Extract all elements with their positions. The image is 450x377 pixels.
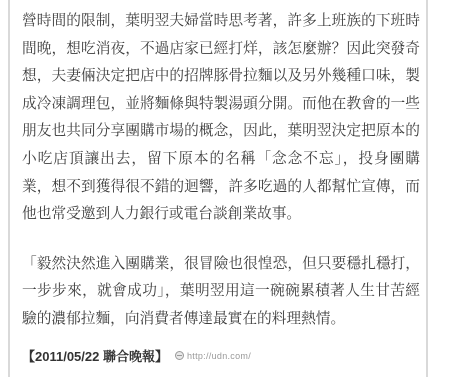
source-url-link[interactable]: http://udn.com/: [187, 351, 251, 361]
article-paragraph-2: 「毅然決然進入團購業，很冒險也很惶恐，但只要穩扎穩打，一步步來，就會成功」，葉明…: [22, 251, 420, 334]
left-border-divider: [8, 0, 10, 377]
article-page: 營時間的限制，葉明翌夫婦當時思考著，許多上班族的下班時間晚，想吃消夜，不過店家已…: [0, 0, 450, 377]
article-paragraph-1: 營時間的限制，葉明翌夫婦當時思考著，許多上班族的下班時間晚，想吃消夜，不過店家已…: [22, 8, 420, 229]
source-citation: 【2011/05/22 聯合晚報】: [22, 346, 168, 365]
right-border-divider: [426, 0, 428, 377]
article-body: 營時間的限制，葉明翌夫婦當時思考著，許多上班族的下班時間晚，想吃消夜，不過店家已…: [22, 4, 420, 334]
article-footer: 【2011/05/22 聯合晚報】 http://udn.com/: [22, 346, 251, 365]
globe-icon: [175, 351, 184, 360]
